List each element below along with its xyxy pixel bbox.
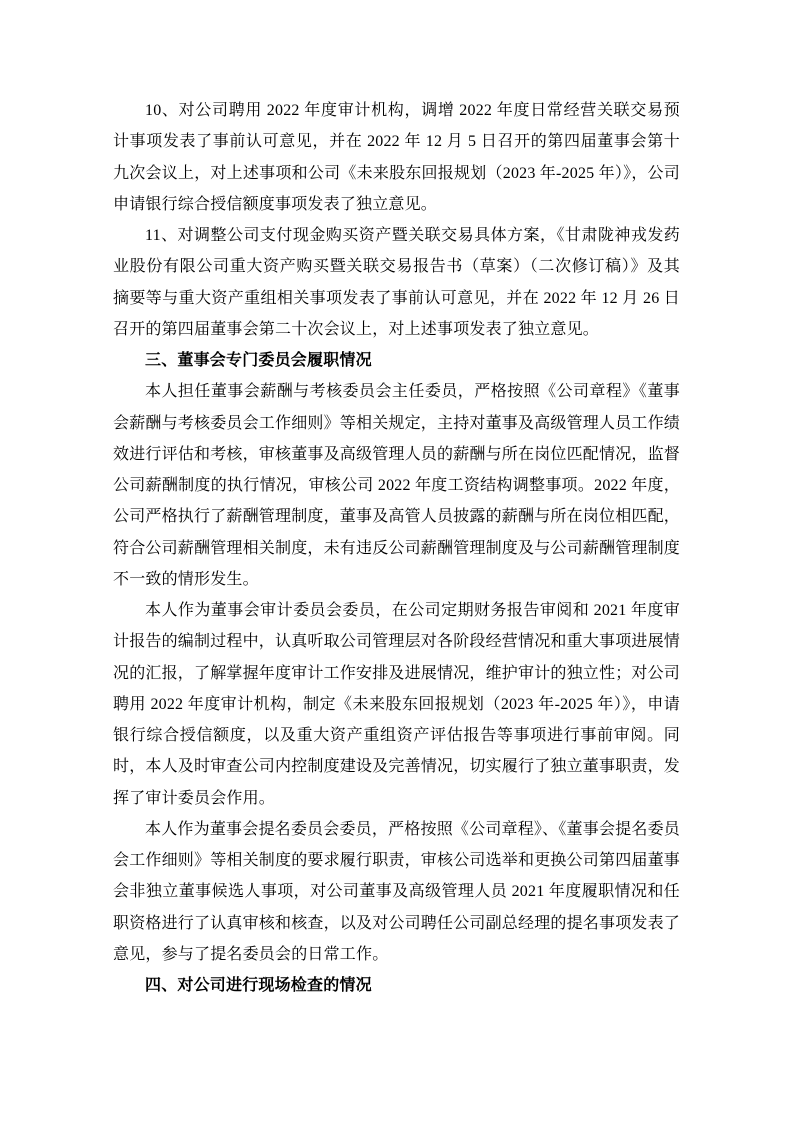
section-heading-site-inspection: 四、对公司进行现场检查的情况 <box>113 970 680 1001</box>
paragraph-remuneration-committee: 本人担任董事会薪酬与考核委员会主任委员，严格按照《公司章程》《董事会薪酬与考核委… <box>113 376 680 595</box>
paragraph-nomination-committee: 本人作为董事会提名委员会委员，严格按照《公司章程》、《董事会提名委员会工作细则》… <box>113 814 680 970</box>
paragraph-item-10-audit-appointment: 10、对公司聘用 2022 年度审计机构，调增 2022 年度日常经营关联交易预… <box>113 95 680 220</box>
section-heading-committee-performance: 三、董事会专门委员会履职情况 <box>113 345 680 376</box>
paragraph-audit-committee: 本人作为董事会审计委员会委员，在公司定期财务报告审阅和 2021 年度审计报告的… <box>113 595 680 814</box>
paragraph-item-11-asset-purchase: 11、对调整公司支付现金购买资产暨关联交易具体方案，《甘肃陇神戎发药业股份有限公… <box>113 220 680 345</box>
document-page: 10、对公司聘用 2022 年度审计机构，调增 2022 年度日常经营关联交易预… <box>0 0 793 1122</box>
